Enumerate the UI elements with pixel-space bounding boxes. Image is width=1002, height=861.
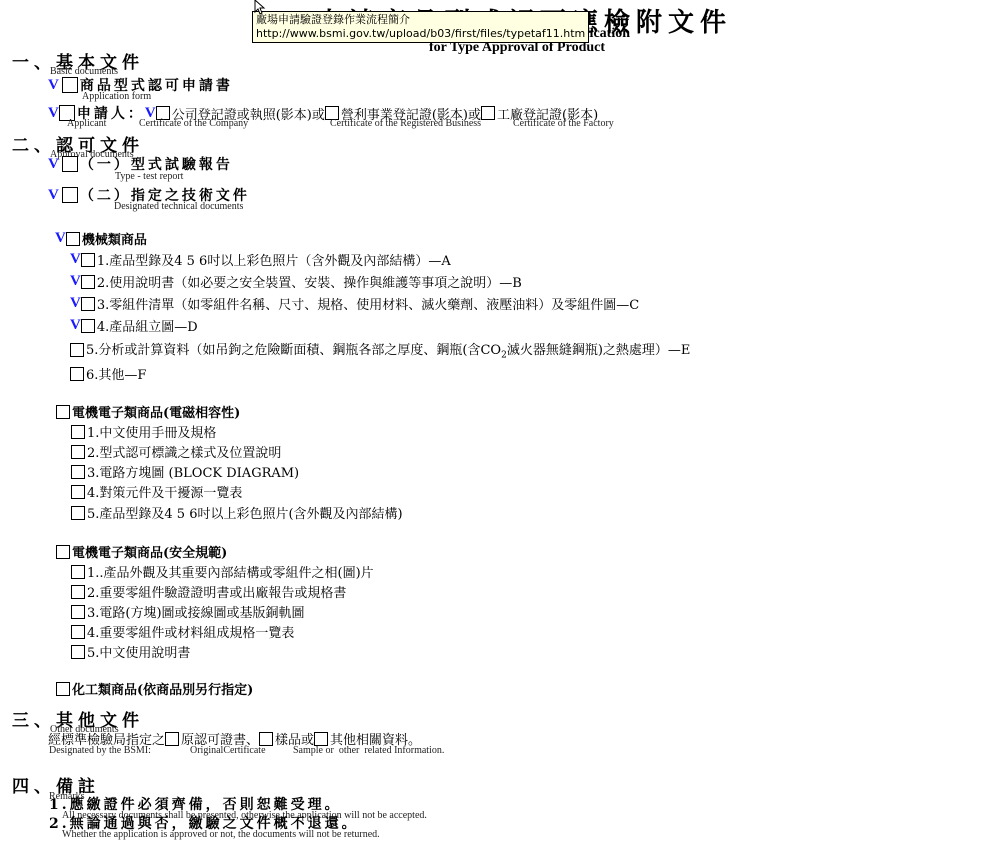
tech-docs-label-en: Designated technical documents <box>114 201 243 212</box>
mechanical-item-5-checkbox[interactable] <box>70 343 84 357</box>
emc-item-2: 2.型式認可標識之樣式及位置說明 <box>71 442 281 461</box>
check-mark: V <box>70 317 81 334</box>
mechanical-item-3-checkbox[interactable] <box>81 297 95 311</box>
check-mark: V <box>48 156 62 173</box>
other-info-checkbox[interactable] <box>314 732 328 746</box>
mechanical-checkbox[interactable] <box>66 232 80 246</box>
check-mark: V <box>48 77 62 94</box>
emc-item-2-checkbox[interactable] <box>71 445 85 459</box>
sample-checkbox[interactable] <box>259 732 273 746</box>
mechanical-item-2-checkbox[interactable] <box>81 275 95 289</box>
chemical-label: 化工類商品(依商品別另行指定) <box>72 679 253 698</box>
safety-label: 電機電子類商品(安全規範) <box>72 542 227 561</box>
safety-item-5: 5.中文使用說明書 <box>71 642 190 661</box>
safety-item-4-checkbox[interactable] <box>71 625 85 639</box>
check-mark: V <box>70 273 81 290</box>
factory-cert-checkbox[interactable] <box>481 106 495 120</box>
check-mark: V <box>70 251 81 268</box>
check-mark: V <box>70 295 81 312</box>
safety-item-4: 4.重要零組件或材料組成規格一覽表 <box>71 622 294 641</box>
chemical-checkbox[interactable] <box>56 682 70 696</box>
mechanical-item-4-checkbox[interactable] <box>81 319 95 333</box>
check-mark: V <box>48 187 62 204</box>
mechanical-item-4: V 4.產品組立圖—D <box>70 316 198 335</box>
remark-2-en: Whether the application is approved or n… <box>62 829 380 840</box>
safety-item-3-label: 3.電路(方塊)圖或接線圖或基版銅軌圖 <box>87 602 305 621</box>
other-docs-prefix-en: Designated by the BSMI: <box>49 745 151 756</box>
mechanical-item-2: V 2.使用說明書（如必要之安全裝置、安裝、操作與維護等事項之說明）—B <box>70 272 522 291</box>
label-text: 滅火器無縫鋼瓶)之熱處理）—E <box>507 343 691 358</box>
sample-label-en: Sample or other related Information. <box>293 745 444 756</box>
emc-label: 電機電子類商品(電磁相容性) <box>72 402 240 421</box>
emc-item-1: 1.中文使用手冊及規格 <box>71 422 216 441</box>
emc-item-2-label: 2.型式認可標識之樣式及位置說明 <box>87 442 281 461</box>
safety-item-3-checkbox[interactable] <box>71 605 85 619</box>
safety-item-2: 2.重要零組件驗證證明書或出廠報告或規格書 <box>71 582 346 601</box>
applicant-label-en: Applicant <box>67 118 106 129</box>
company-cert-label-en: Certificate of the Company <box>139 118 248 129</box>
check-mark: V <box>55 230 66 247</box>
page-title-en-line2: for Type Approval of Product <box>404 41 630 55</box>
safety-item-2-label: 2.重要零組件驗證證明書或出廠報告或規格書 <box>87 582 346 601</box>
emc-item-5: 5.產品型錄及4 5 6吋以上彩色照片(含外觀及內部結構) <box>71 503 403 522</box>
emc-item-4-checkbox[interactable] <box>71 485 85 499</box>
original-cert-checkbox[interactable] <box>165 732 179 746</box>
mechanical-item-6-checkbox[interactable] <box>70 367 84 381</box>
mechanical-item-5: 5.分析或計算資料（如吊鉤之危險斷面積、鋼瓶各部之厚度、鋼瓶(含CO2滅火器無縫… <box>70 339 690 361</box>
safety-category: 電機電子類商品(安全規範) <box>56 542 227 561</box>
mechanical-label: 機械類商品 <box>82 229 147 248</box>
emc-item-3-label: 3.電路方塊圖 (BLOCK DIAGRAM) <box>87 462 299 481</box>
emc-category: 電機電子類商品(電磁相容性) <box>56 402 240 421</box>
mechanical-item-6: 6.其他—F <box>70 364 146 383</box>
emc-item-4-label: 4.對策元件及干擾源一覽表 <box>87 482 242 501</box>
safety-item-5-checkbox[interactable] <box>71 645 85 659</box>
safety-item-1-label: 1..產品外觀及其重要內部結構或零組件之相(圖)片 <box>87 562 374 581</box>
mechanical-category: V 機械類商品 <box>55 229 147 248</box>
factory-cert-label-en: Certificate of the Factory <box>513 118 614 129</box>
tech-docs-checkbox[interactable] <box>62 187 78 203</box>
mechanical-item-5-label: 5.分析或計算資料（如吊鉤之危險斷面積、鋼瓶各部之厚度、鋼瓶(含CO2滅火器無縫… <box>86 339 690 361</box>
tooltip-url: http://www.bsmi.gov.tw/upload/b03/first/… <box>256 27 585 41</box>
emc-item-3: 3.電路方塊圖 (BLOCK DIAGRAM) <box>71 462 299 481</box>
safety-item-4-label: 4.重要零組件或材料組成規格一覽表 <box>87 622 294 641</box>
label-text: 5.分析或計算資料（如吊鉤之危險斷面積、鋼瓶各部之厚度、鋼瓶(含CO <box>86 343 501 358</box>
mechanical-item-4-label: 4.產品組立圖—D <box>97 316 198 335</box>
chemical-category: 化工類商品(依商品別另行指定) <box>56 679 253 698</box>
test-report-checkbox[interactable] <box>62 156 78 172</box>
check-mark: V <box>48 105 59 122</box>
safety-item-1-checkbox[interactable] <box>71 565 85 579</box>
application-form-checkbox[interactable] <box>62 77 78 93</box>
application-form-label-en: Application form <box>82 91 151 102</box>
emc-item-1-checkbox[interactable] <box>71 425 85 439</box>
safety-item-2-checkbox[interactable] <box>71 585 85 599</box>
emc-item-5-label: 5.產品型錄及4 5 6吋以上彩色照片(含外觀及內部結構) <box>87 503 403 522</box>
mechanical-item-6-label: 6.其他—F <box>86 364 146 383</box>
business-cert-label-en: Certificate of the Registered Business <box>330 118 481 129</box>
mechanical-item-3: V 3.零組件清單（如零組件名稱、尺寸、規格、使用材料、滅火藥劑、液壓油料）及零… <box>70 294 639 313</box>
mechanical-item-2-label: 2.使用說明書（如必要之安全裝置、安裝、操作與維護等事項之說明）—B <box>97 272 522 291</box>
mechanical-item-3-label: 3.零組件清單（如零組件名稱、尺寸、規格、使用材料、滅火藥劑、液壓油料）及零組件… <box>97 294 639 313</box>
safety-item-5-label: 5.中文使用說明書 <box>87 642 190 661</box>
safety-checkbox[interactable] <box>56 545 70 559</box>
mechanical-item-1-checkbox[interactable] <box>81 253 95 267</box>
safety-item-1: 1..產品外觀及其重要內部結構或零組件之相(圖)片 <box>71 562 374 581</box>
original-cert-label-en: OriginalCertificate <box>190 745 266 756</box>
emc-checkbox[interactable] <box>56 405 70 419</box>
test-report-label-en: Type - test report <box>115 171 183 182</box>
emc-item-1-label: 1.中文使用手冊及規格 <box>87 422 216 441</box>
emc-item-3-checkbox[interactable] <box>71 465 85 479</box>
tooltip-title: 廠場申請驗證登錄作業流程簡介 <box>256 13 585 27</box>
mouse-cursor-icon <box>254 0 266 16</box>
safety-item-3: 3.電路(方塊)圖或接線圖或基版銅軌圖 <box>71 602 305 621</box>
emc-item-5-checkbox[interactable] <box>71 506 85 520</box>
link-tooltip: 廠場申請驗證登錄作業流程簡介 http://www.bsmi.gov.tw/up… <box>252 11 589 43</box>
mechanical-item-1: V 1.產品型錄及4 5 6吋以上彩色照片（含外觀及內部結構）—A <box>70 250 451 269</box>
mechanical-item-1-label: 1.產品型錄及4 5 6吋以上彩色照片（含外觀及內部結構）—A <box>97 250 451 269</box>
emc-item-4: 4.對策元件及干擾源一覽表 <box>71 482 242 501</box>
